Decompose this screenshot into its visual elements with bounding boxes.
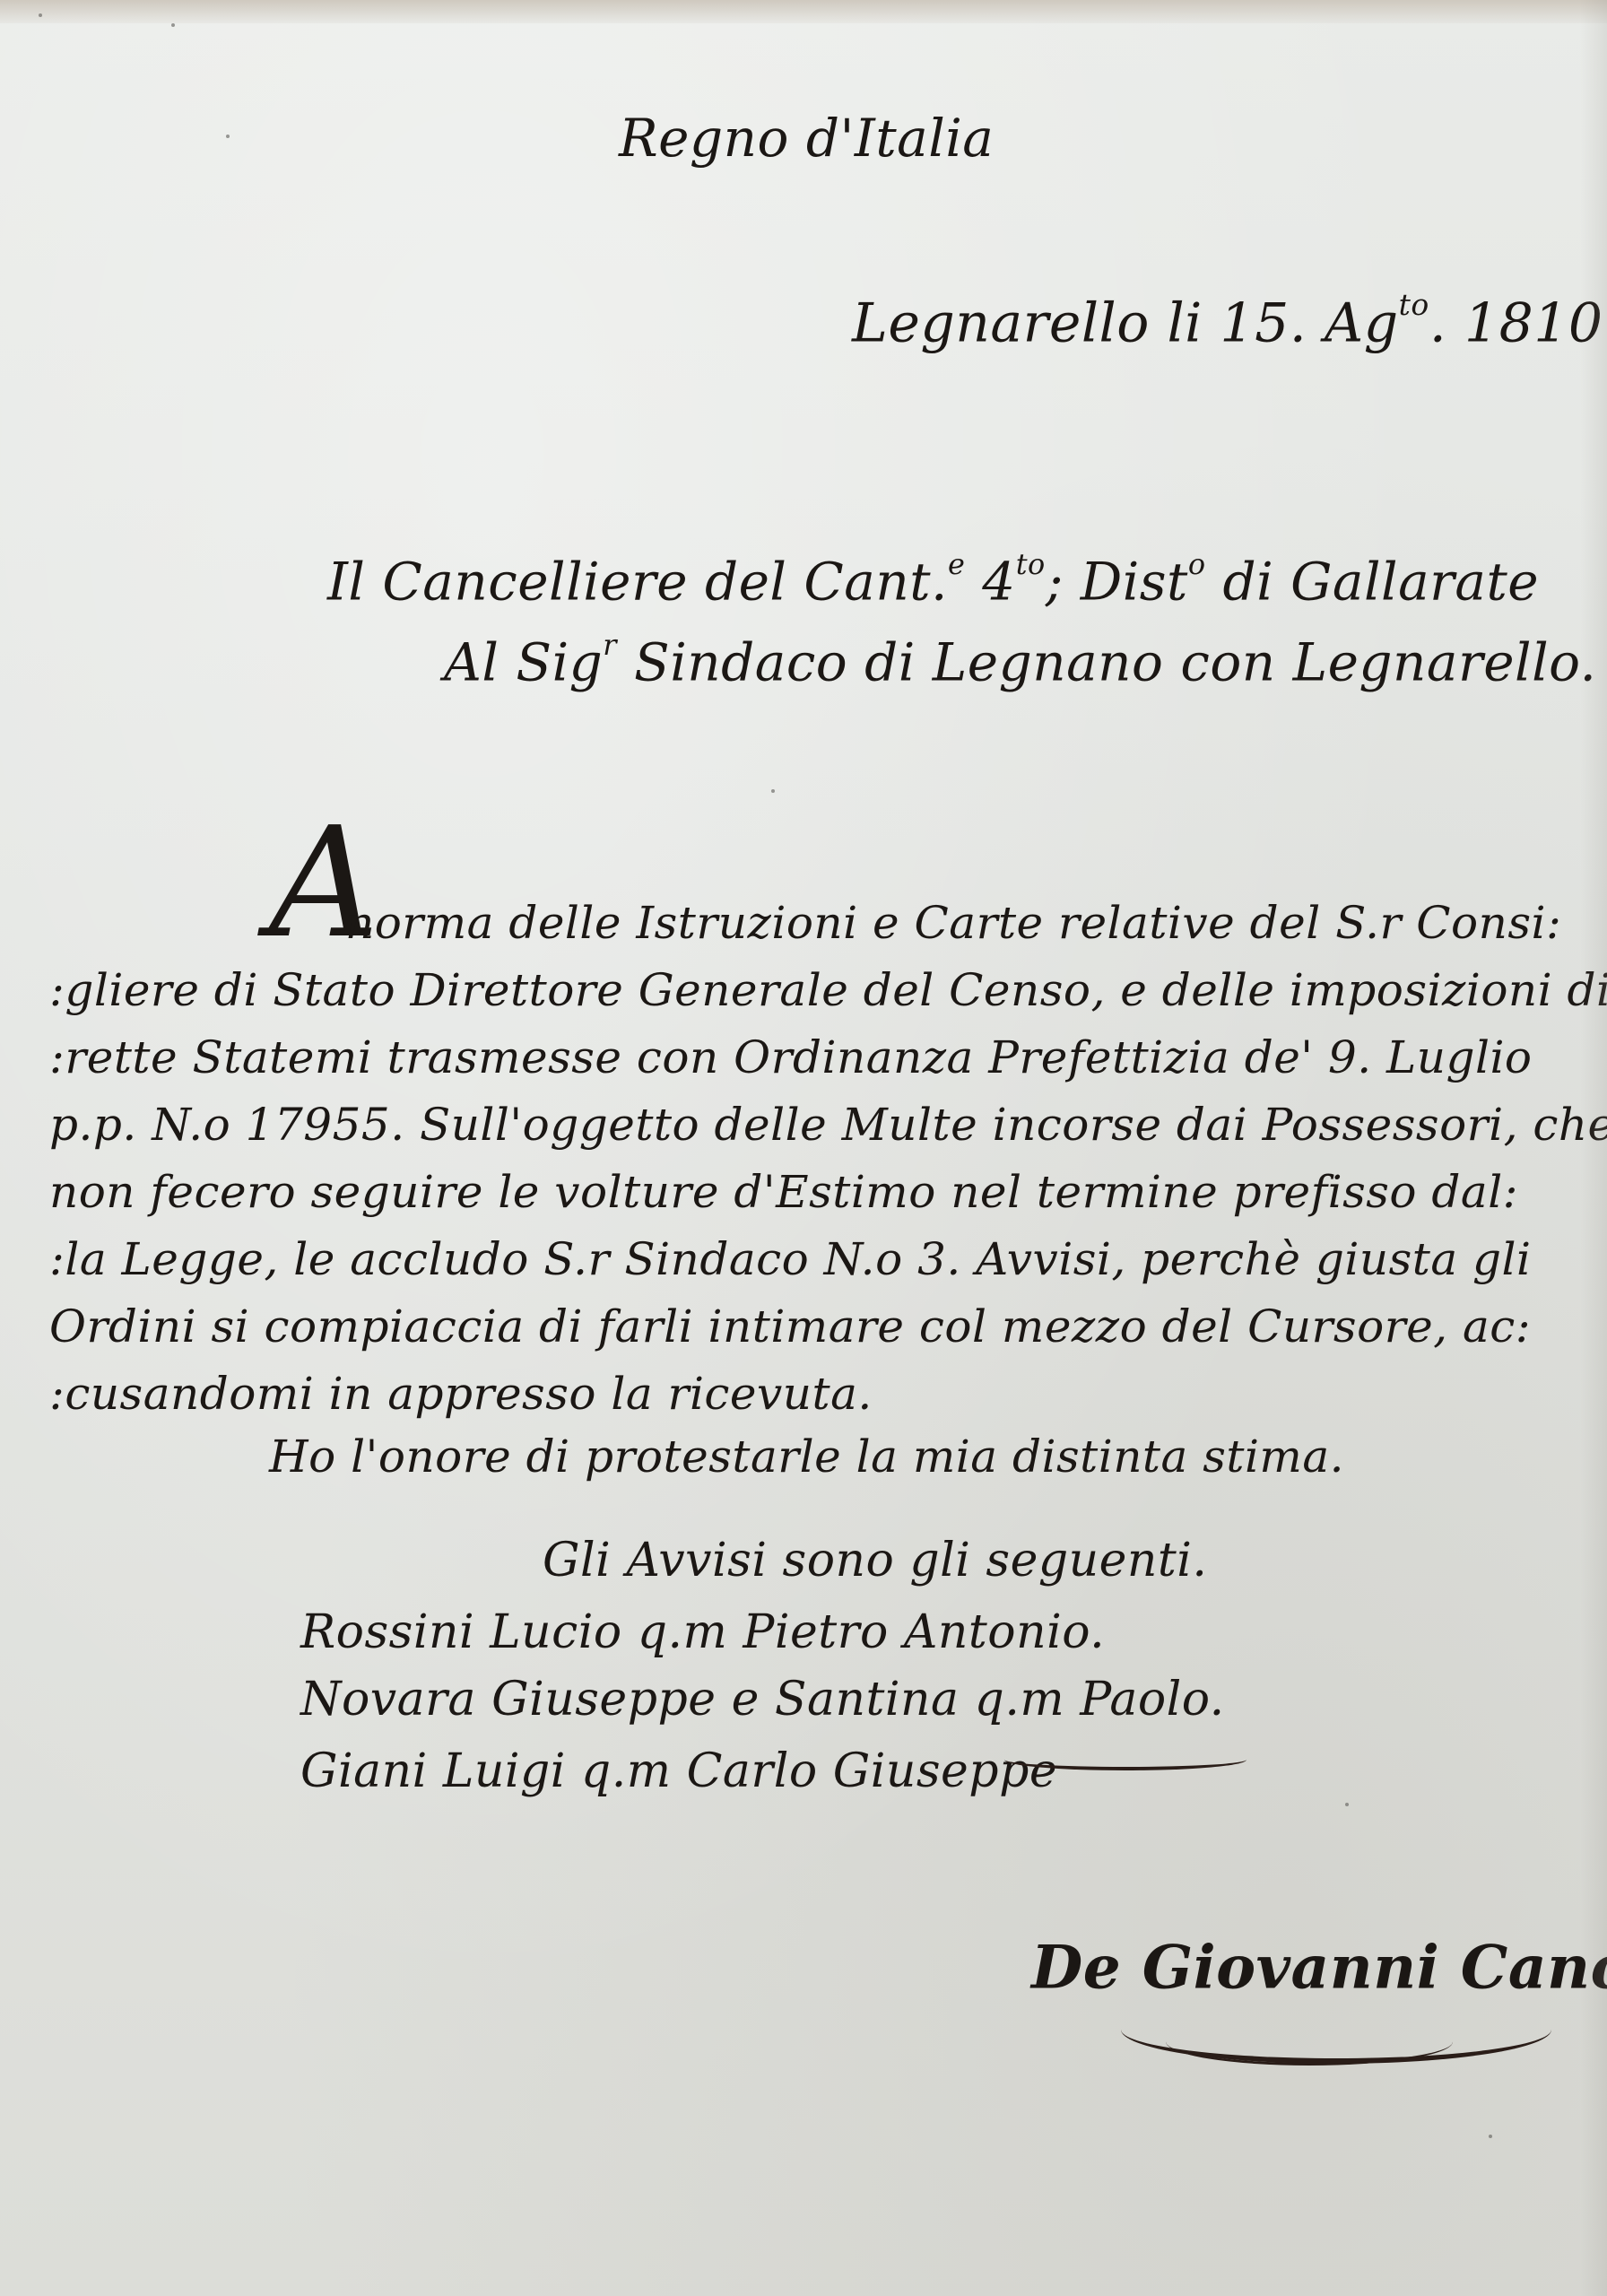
notice-item-3: Giani Luigi q.m Carlo Giuseppe <box>300 1744 1057 1798</box>
sender-place: di Gallarate <box>1206 552 1540 613</box>
paper-speck <box>39 13 42 17</box>
signature-underline <box>1166 2018 1453 2066</box>
dateline-year: . 1810. <box>1429 292 1607 355</box>
body-line-7: Ordini si compiaccia di farli intimare c… <box>49 1300 1531 1352</box>
closing-line: Ho l'onore di protestarle la mia distint… <box>269 1431 1344 1483</box>
body-line-8: :cusandomi in appresso la ricevuta. <box>49 1368 873 1420</box>
sender-canton-superscript: e <box>948 547 965 581</box>
letter-heading: Regno d'Italia <box>619 108 994 169</box>
notices-intro: Gli Avvisi sono gli seguenti. <box>543 1534 1207 1587</box>
paper-speck <box>771 789 775 793</box>
recipient-prefix: Al Sig <box>444 632 603 693</box>
sender-line: Il Cancelliere del Cant.e 4to; Disto di … <box>327 547 1539 613</box>
signature: De Giovanni Canc.re <box>1031 1928 1607 2003</box>
signature-name: De Giovanni Canc. <box>1031 1933 1607 2003</box>
sender-district: ; Dist <box>1046 552 1188 613</box>
paper-speck <box>1345 1803 1349 1806</box>
notice-item-2: Novara Giuseppe e Santina q.m Paolo. <box>300 1673 1225 1726</box>
sender-canton-number-superscript: to <box>1016 547 1046 581</box>
letter-page: Regno d'Italia Legnarello li 15. Agto. 1… <box>0 0 1607 2296</box>
dateline: Legnarello li 15. Agto. 1810. <box>852 287 1607 355</box>
body-line-2: :gliere di Stato Direttore Generale del … <box>49 964 1607 1016</box>
notice-item-1: Rossini Lucio q.m Pietro Antonio. <box>300 1605 1105 1659</box>
recipient-text: Sindaco di Legnano con Legnarello. <box>617 632 1596 693</box>
body-line-3: :rette Statemi trasmesse con Ordinanza P… <box>49 1031 1533 1083</box>
sender-canton-number: 4 <box>982 552 1015 613</box>
body-line-5: non fecero seguire le volture d'Estimo n… <box>49 1166 1518 1218</box>
sender-district-superscript: o <box>1188 547 1206 581</box>
paper-speck <box>171 23 175 27</box>
dateline-month-superscript: to <box>1399 287 1429 322</box>
body-line-1: norma delle Istruzioni e Carte relative … <box>345 897 1561 949</box>
paper-speck <box>1489 2135 1492 2138</box>
body-line-6: :la Legge, le accludo S.r Sindaco N.o 3.… <box>49 1233 1532 1285</box>
recipient-line: Al Sigr Sindaco di Legnano con Legnarell… <box>444 628 1596 693</box>
body-line-4: p.p. N.o 17955. Sull'oggetto delle Multe… <box>49 1099 1607 1151</box>
paper-speck <box>226 135 230 138</box>
sender-title: Il Cancelliere del Cant. <box>327 552 948 613</box>
notice-end-flourish <box>1004 1749 1247 1770</box>
recipient-prefix-superscript: r <box>603 628 617 662</box>
dateline-place: Legnarello li 15. Ag <box>852 292 1399 355</box>
